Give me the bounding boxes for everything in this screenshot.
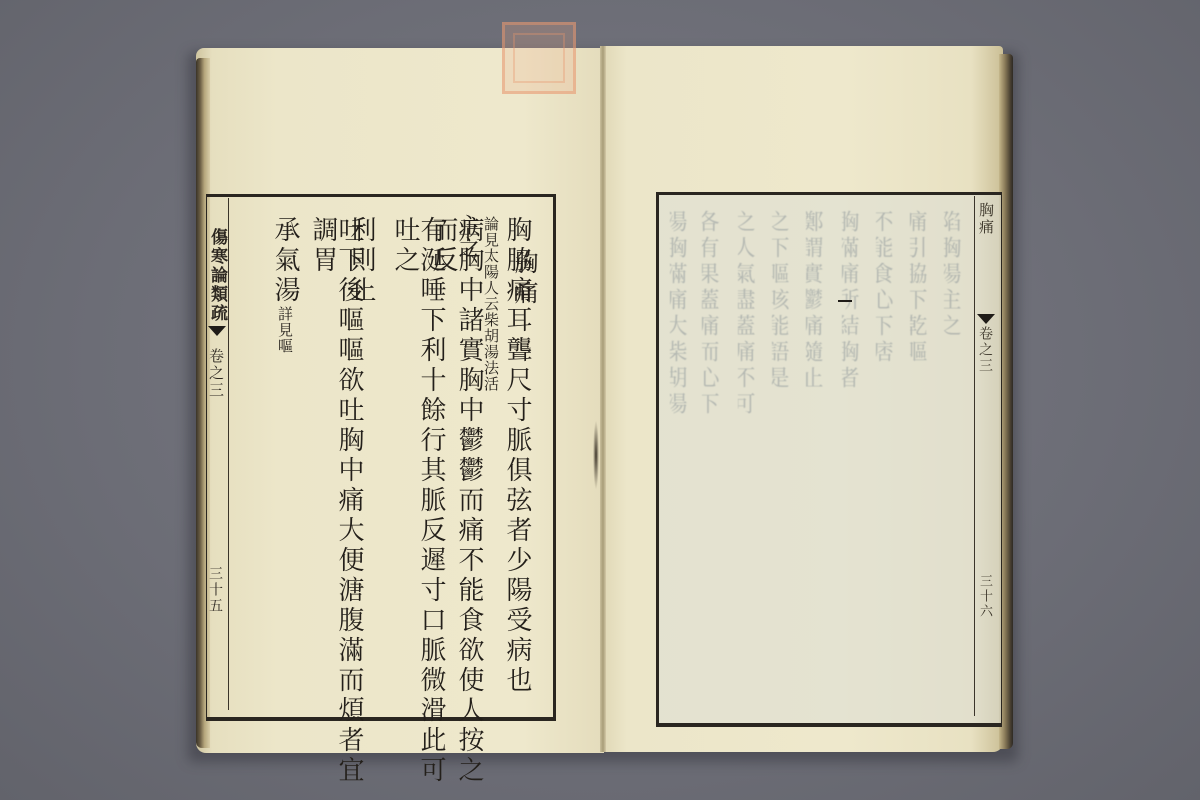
hashira-volume: 卷之三 xyxy=(208,348,223,399)
text-column-4: 有涎唾下利十餘行其脈反遲寸口脈微滑此可吐之 xyxy=(392,216,444,800)
bleed-through-text: 不能食心下痞 xyxy=(876,210,896,710)
hashira-title: 傷寒論類疏 xyxy=(208,228,225,323)
left-hashira: 傷寒論類疏 卷之三 三十五 xyxy=(206,198,229,710)
text-column-6: 吐下後嘔嘔欲吐胸中痛大便溏腹滿而煩者宜調胃 xyxy=(310,216,362,800)
hashira-volume: 卷之三 xyxy=(978,326,992,374)
column-main: 胸脇痛耳聾尺寸脈俱弦者少陽受病也 xyxy=(502,216,532,696)
seal-stamp-icon xyxy=(502,22,576,94)
gutter xyxy=(600,46,606,752)
right-hashira: 胸痛 卷之三 三十六 xyxy=(974,196,999,716)
bleed-through-text: 胸滿痛所結胸者 xyxy=(842,210,862,710)
bleed-through-text: 鄭謂實鬱痛隨止 xyxy=(806,210,826,710)
column-note: 論見太陽人云柴胡湯法活 xyxy=(483,216,498,392)
hashira-page-number: 三十六 xyxy=(978,574,991,619)
text-column-1: 胸脇痛耳聾尺寸脈俱弦者少陽受病也論見太陽人云柴胡湯法活 xyxy=(478,216,530,800)
fish-tail-mark-icon xyxy=(977,314,995,324)
bleed-through-text: 之人氣盡蓋痛不可 xyxy=(738,210,758,710)
column-main: 承氣湯 xyxy=(270,216,300,306)
column-note: 詳見嘔 xyxy=(276,306,294,354)
bleed-through-text: 陷胸湯主之 xyxy=(944,210,964,710)
fish-tail-mark-icon xyxy=(208,326,226,336)
bleed-through-text: 各有果蓋痛而心下 xyxy=(702,210,722,710)
bleed-through-text: 湯胸滿痛大柴胡湯 xyxy=(670,210,690,710)
ink-smudge xyxy=(593,420,599,490)
bleed-through-text: 之下嘔咳能語是 xyxy=(772,210,792,710)
hashira-title: 胸痛 xyxy=(978,202,993,236)
bleed-through-text: 痛引脇下乾嘔 xyxy=(910,210,930,710)
ink-mark xyxy=(838,300,852,302)
column-main: 吐下後嘔嘔欲吐胸中痛大便溏腹滿而煩者宜調胃 xyxy=(308,216,364,786)
text-column-7: 承氣湯詳見嘔 xyxy=(272,216,298,354)
hashira-page-number: 三十五 xyxy=(208,566,222,614)
column-main: 有涎唾下利十餘行其脈反遲寸口脈微滑此可吐之 xyxy=(390,216,446,786)
